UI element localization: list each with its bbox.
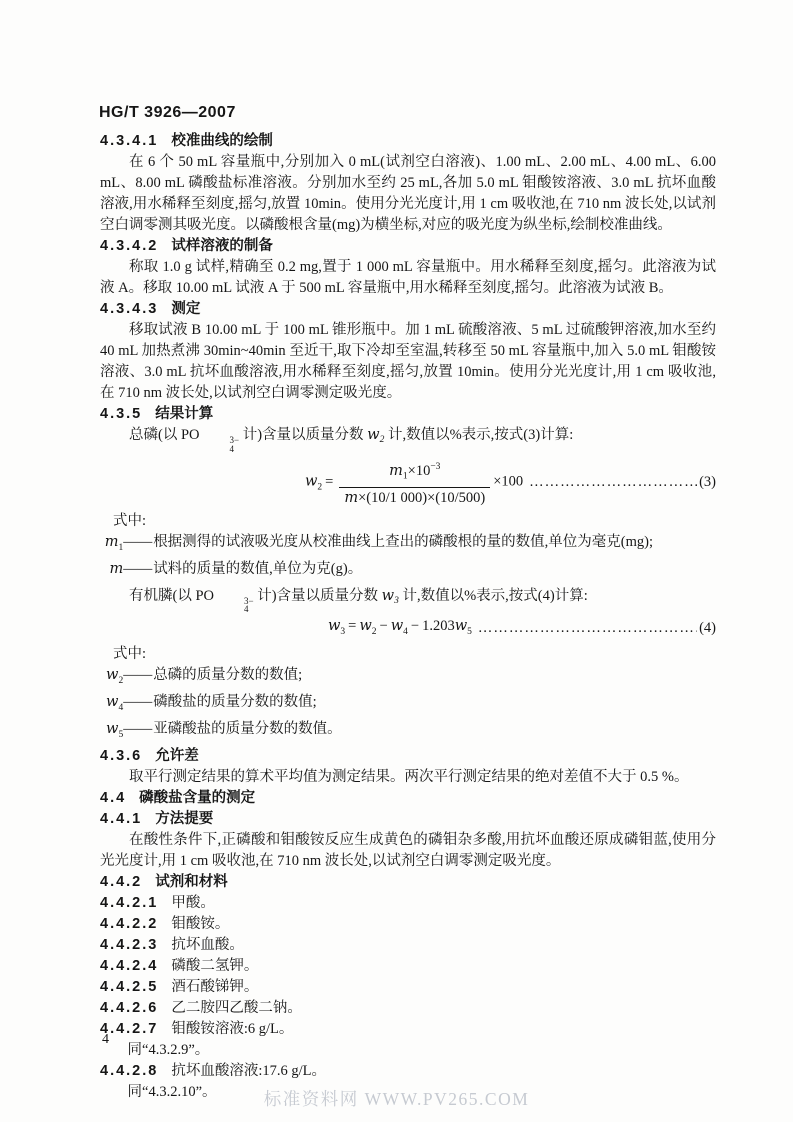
variable-subscript: 4 xyxy=(403,626,408,636)
chem-subsup: 3−4 xyxy=(215,597,254,614)
chem-subsup: 3−4 xyxy=(201,436,240,453)
clause-heading-4-3-6: 4.3.6允许差 xyxy=(100,746,716,767)
page-content: 4.3.4.1校准曲线的绘制 在 6 个 50 mL 容量瓶中,分别加入 0 m… xyxy=(100,131,716,1103)
phosphate-ion-formula: PO3−4 xyxy=(181,427,239,443)
clause-number: 4.4.2.5 xyxy=(100,979,158,995)
clause-number: 4.4.1 xyxy=(100,811,142,827)
where-label: 式中: xyxy=(113,644,716,665)
clause-heading-4-3-4-3: 4.3.4.3测定 xyxy=(100,299,716,320)
definition-dash: —— xyxy=(123,532,152,553)
clause-heading-4-4: 4.4磷酸盐含量的测定 xyxy=(100,788,716,809)
dot-leader: …………………………………………………… xyxy=(529,472,697,493)
definition-text: 总磷的质量分数的数值; xyxy=(153,665,716,686)
equation-number-3: (3) xyxy=(699,472,716,493)
variable-w: w xyxy=(328,618,340,634)
definition-dash: —— xyxy=(123,559,152,580)
formula-4-intro: 有机膦(以 PO3−4 计)含量以质量分数 w3 计,数值以%表示,按式(4)计… xyxy=(100,586,716,614)
clause-heading-4-3-4-1: 4.3.4.1校准曲线的绘制 xyxy=(100,131,716,152)
clause-number: 4.4.2.8 xyxy=(100,1063,158,1079)
equals-sign: = xyxy=(348,618,356,634)
clause-number: 4.4.2.1 xyxy=(100,895,158,911)
clause-number: 4.3.4.2 xyxy=(100,238,158,254)
variable-w2: w xyxy=(106,667,118,683)
minus-sign: − xyxy=(411,618,419,634)
variable-subscript: 2 xyxy=(372,626,377,636)
reagent-item-ascorbic-solution: 4.4.2.8抗坏血酸溶液:17.6 g/L。 xyxy=(100,1061,716,1082)
chem-symbol: PO xyxy=(181,427,200,443)
definition-m1: m1——根据测得的试液吸光度从校准曲线上查出的磷酸根的量的数值,单位为毫克(mg… xyxy=(100,532,716,559)
variable-subscript: 2 xyxy=(317,483,322,493)
reagent-note-same-as-4329: 同“4.3.2.9”。 xyxy=(128,1040,716,1061)
clause-number: 4.4.2 xyxy=(100,874,142,890)
definition-w4: w4——磷酸盐的质量分数的数值; xyxy=(100,692,716,719)
intro-text: 计)含量以质量分数 xyxy=(239,427,367,443)
clause-heading-4-4-1: 4.4.1方法提要 xyxy=(100,809,716,830)
reagent-item-ascorbic-acid: 4.4.2.3抗坏血酸。 xyxy=(100,935,716,956)
clause-number: 4.4.2.3 xyxy=(100,937,158,953)
definition-dash: —— xyxy=(123,719,152,740)
reagent-item-potassium-dihydrogen-phosphate: 4.4.2.4磷酸二氢钾。 xyxy=(100,956,716,977)
formula-3-intro: 总磷(以 PO3−4 计)含量以质量分数 w2 计,数值以%表示,按式(3)计算… xyxy=(100,425,716,453)
dot-leader: …………………………………………………………… xyxy=(478,618,697,639)
watermark: 标准资料网 WWW.PV265.COM xyxy=(0,1086,793,1111)
clause-title: 磷酸盐含量的测定 xyxy=(139,790,255,806)
document-page: HG/T 3926—2007 4.3.4.1校准曲线的绘制 在 6 个 50 m… xyxy=(0,0,793,1122)
coefficient: 1.203 xyxy=(422,618,455,634)
clause-number: 4.3.4.3 xyxy=(100,301,158,317)
intro-text: 总磷(以 xyxy=(129,427,181,443)
equation-3-body: w2=m1×10−3m×(10/1 000)×(10/500)×100 xyxy=(305,458,523,507)
reagent-item-ammonium-molybdate: 4.4.2.2钼酸铵。 xyxy=(100,914,716,935)
reagent-text: 酒石酸锑钾。 xyxy=(171,979,258,995)
variable-subscript: 5 xyxy=(467,626,472,636)
reagent-item-formic-acid: 4.4.2.1甲酸。 xyxy=(100,893,716,914)
variable-w5: w xyxy=(106,721,118,737)
paragraph-tolerance: 取平行测定结果的算术平均值为测定结果。两次平行测定结果的绝对差值不大于 0.5 … xyxy=(100,767,716,788)
clause-title: 试剂和材料 xyxy=(155,874,228,890)
clause-title: 允许差 xyxy=(155,748,199,764)
clause-number: 4.3.6 xyxy=(100,748,142,764)
clause-number: 4.4.2.6 xyxy=(100,1000,158,1016)
paragraph-sample-solution: 称取 1.0 g 试样,精确至 0.2 mg,置于 1 000 mL 容量瓶中。… xyxy=(100,257,716,299)
clause-number: 4.4 xyxy=(100,790,126,806)
variable-m: m xyxy=(109,561,123,577)
exponent: −3 xyxy=(430,462,440,472)
minus-sign: − xyxy=(380,618,388,634)
clause-title: 试样溶液的制备 xyxy=(171,238,273,254)
variable-w: w xyxy=(455,618,467,634)
multiplier-text: ×10 xyxy=(408,463,431,479)
reagent-item-molybdate-solution: 4.4.2.7钼酸铵溶液:6 g/L。 xyxy=(100,1019,716,1040)
denominator-text: ×(10/1 000)×(10/500) xyxy=(358,490,485,506)
definition-w2: w2——总磷的质量分数的数值; xyxy=(100,665,716,692)
intro-text: 计)含量以质量分数 xyxy=(254,588,382,604)
definition-text: 亚磷酸盐的质量分数的数值。 xyxy=(153,719,716,740)
reagent-text: 钼酸铵溶液:6 g/L。 xyxy=(171,1021,293,1037)
reagent-text: 磷酸二氢钾。 xyxy=(171,958,258,974)
equation-3: w2=m1×10−3m×(10/1 000)×(10/500)×100 …………… xyxy=(100,458,716,507)
variable-m: m xyxy=(344,490,358,506)
reagent-text: 钼酸铵。 xyxy=(171,916,229,932)
reagent-text: 甲酸。 xyxy=(171,895,215,911)
clause-title: 方法提要 xyxy=(155,811,213,827)
definition-variable: w5 xyxy=(100,719,123,746)
fraction: m1×10−3m×(10/1 000)×(10/500) xyxy=(339,458,490,507)
clause-title: 测定 xyxy=(171,301,200,317)
clause-title: 结果计算 xyxy=(155,406,213,422)
clause-number: 4.4.2.2 xyxy=(100,916,158,932)
page-number: 4 xyxy=(102,1032,109,1048)
times-100: ×100 xyxy=(493,474,523,490)
variable-w2: w xyxy=(367,427,379,443)
clause-heading-4-3-4-2: 4.3.4.2试样溶液的制备 xyxy=(100,236,716,257)
definition-text: 磷酸盐的质量分数的数值; xyxy=(153,692,716,713)
chem-subscript: 4 xyxy=(215,605,249,614)
where-label: 式中: xyxy=(113,511,716,532)
reagent-text: 乙二胺四乙酸二钠。 xyxy=(171,1000,302,1016)
fraction-denominator: m×(10/1 000)×(10/500) xyxy=(339,488,490,507)
definition-w5: w5——亚磷酸盐的质量分数的数值。 xyxy=(100,719,716,746)
variable-w: w xyxy=(391,618,403,634)
paragraph-determination: 移取试液 B 10.00 mL 于 100 mL 锥形瓶中。加 1 mL 硫酸溶… xyxy=(100,320,716,404)
definition-text: 根据测得的试液吸光度从校准曲线上查出的磷酸根的量的数值,单位为毫克(mg); xyxy=(153,532,716,553)
clause-number: 4.3.4.1 xyxy=(100,133,158,149)
paragraph-method-summary: 在酸性条件下,正磷酸和钼酸铵反应生成黄色的磷钼杂多酸,用抗坏血酸还原成磷钼蓝,使… xyxy=(100,830,716,872)
reagent-text: 抗坏血酸溶液:17.6 g/L。 xyxy=(171,1063,326,1079)
definition-dash: —— xyxy=(123,665,152,686)
definition-variable: m1 xyxy=(100,532,123,559)
equals-sign: = xyxy=(325,474,333,490)
definition-variable: w2 xyxy=(100,665,123,692)
variable-subscript: 3 xyxy=(340,626,345,636)
reagent-item-edta-disodium: 4.4.2.6乙二胺四乙酸二钠。 xyxy=(100,998,716,1019)
definition-m: m——试料的质量的数值,单位为克(g)。 xyxy=(100,559,716,586)
clause-number: 4.4.2.4 xyxy=(100,958,158,974)
clause-number: 4.3.5 xyxy=(100,406,142,422)
variable-w3: w xyxy=(382,588,394,604)
definition-variable: w4 xyxy=(100,692,123,719)
intro-text: 计,数值以%表示,按式(4)计算: xyxy=(399,588,588,604)
fraction-numerator: m1×10−3 xyxy=(339,458,490,488)
clause-heading-4-3-5: 4.3.5结果计算 xyxy=(100,404,716,425)
reagent-text: 抗坏血酸。 xyxy=(171,937,244,953)
phosphate-ion-formula: PO3−4 xyxy=(195,588,253,604)
equation-number-4: (4) xyxy=(699,618,716,639)
chem-symbol: PO xyxy=(195,588,214,604)
chem-subscript: 4 xyxy=(201,445,235,454)
equation-4-body: w3=w2−w4−1.203w5 xyxy=(328,616,472,643)
clause-heading-4-4-2: 4.4.2试剂和材料 xyxy=(100,872,716,893)
variable-m1: m xyxy=(105,534,119,550)
variable-m1: m xyxy=(389,463,403,479)
paragraph-calibration-curve: 在 6 个 50 mL 容量瓶中,分别加入 0 mL(试剂空白溶液)、1.00 … xyxy=(100,152,716,236)
doc-code: HG/T 3926—2007 xyxy=(99,104,236,122)
definition-dash: —— xyxy=(123,692,152,713)
intro-text: 计,数值以%表示,按式(3)计算: xyxy=(384,427,573,443)
clause-title: 校准曲线的绘制 xyxy=(171,133,273,149)
definition-text: 试料的质量的数值,单位为克(g)。 xyxy=(153,559,716,580)
equation-4: w3=w2−w4−1.203w5 ……………………………………………………………… xyxy=(100,616,716,643)
variable-w: w xyxy=(305,474,317,490)
reagent-item-antimony-potassium-tartrate: 4.4.2.5酒石酸锑钾。 xyxy=(100,977,716,998)
definition-variable: m xyxy=(100,559,123,586)
variable-w: w xyxy=(359,618,371,634)
variable-w4: w xyxy=(106,694,118,710)
intro-text: 有机膦(以 xyxy=(129,588,195,604)
